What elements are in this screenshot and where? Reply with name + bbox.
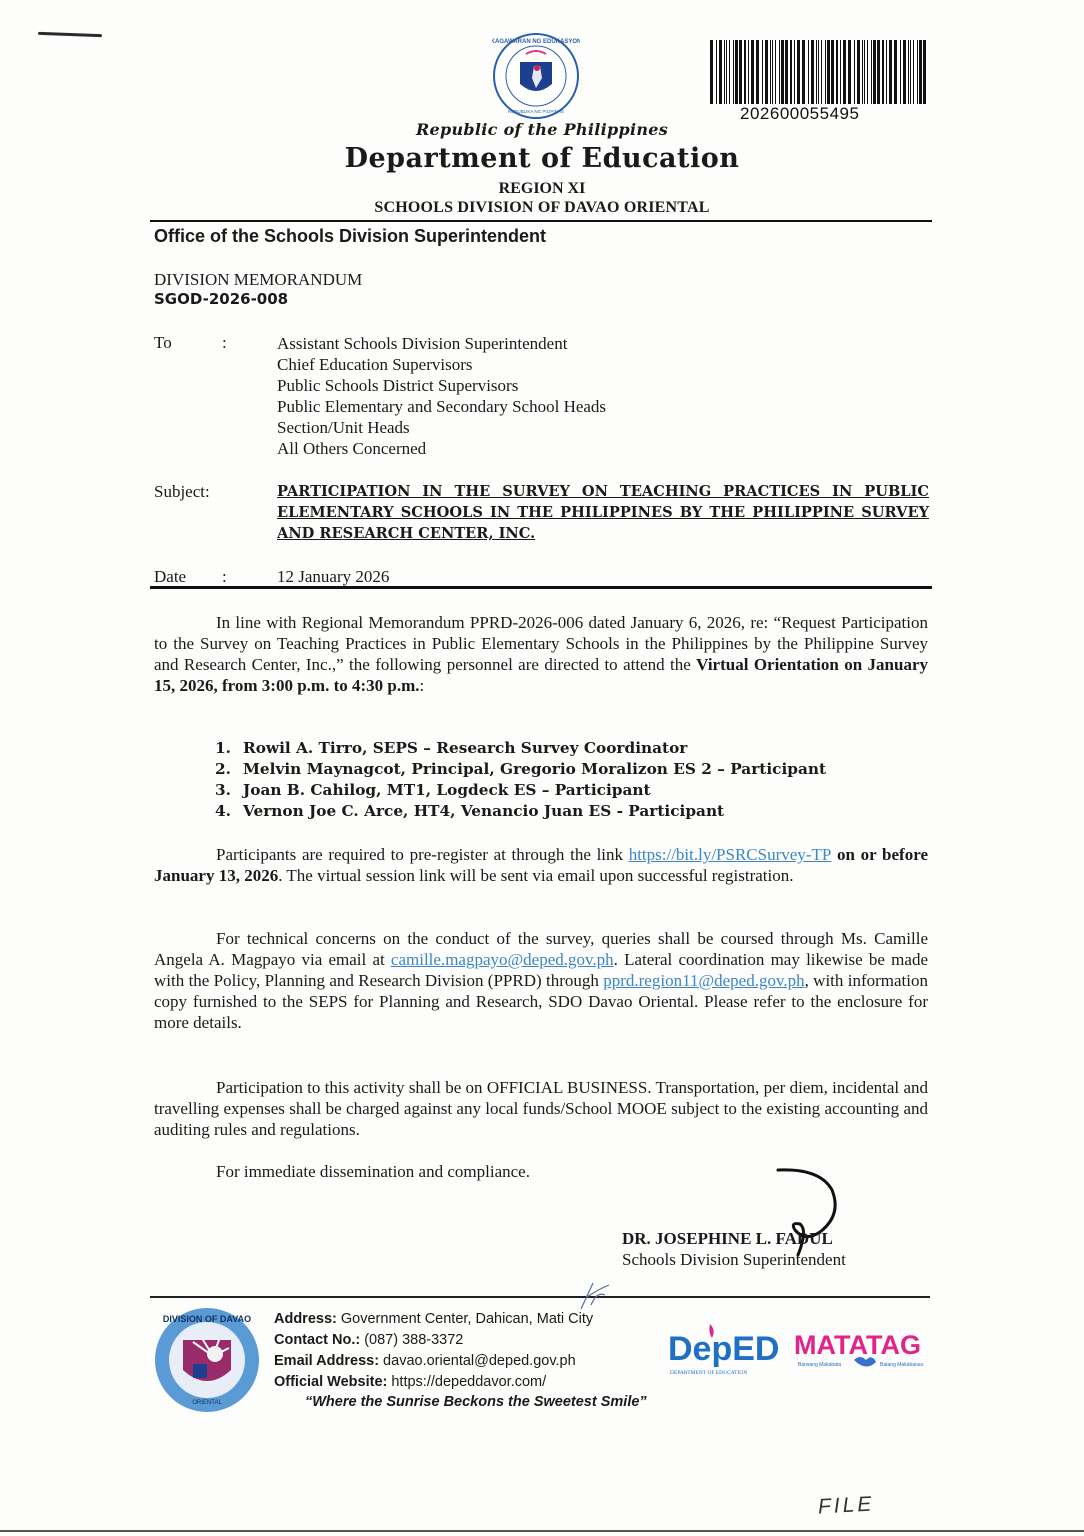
date-label: Date xyxy=(154,567,186,587)
signatory-name: DR. JOSEPHINE L. FADUL xyxy=(622,1229,833,1249)
memo-date: 12 January 2026 xyxy=(277,567,389,587)
svg-text:MATATAG: MATATAG xyxy=(794,1330,921,1360)
svg-text:DEPARTMENT OF EDUCATION: DEPARTMENT OF EDUCATION xyxy=(670,1370,747,1376)
to-label: To xyxy=(154,333,172,353)
republic-heading: Republic of the Philippines xyxy=(0,120,1084,139)
division-seal-icon: DIVISION OF DAVAO ORIENTAL xyxy=(153,1306,261,1414)
participant-text: Rowil A. Tirro, SEPS – Research Survey C… xyxy=(243,739,687,757)
participant-item: 2.Melvin Maynagcot, Principal, Gregorio … xyxy=(215,759,826,780)
division-heading: SCHOOLS DIVISION OF DAVAO ORIENTAL xyxy=(0,199,1084,217)
registration-text: Participants are required to pre-registe… xyxy=(216,845,629,864)
department-heading: Department of Education xyxy=(0,143,1084,174)
header-divider xyxy=(150,220,932,222)
official-business-text: Participation to this activity shall be … xyxy=(154,1078,928,1139)
file-handwritten-note: FILE xyxy=(817,1493,875,1520)
recipient-item: Public Schools District Supervisors xyxy=(277,375,606,396)
svg-text:Bansang Makabata: Bansang Makabata xyxy=(798,1362,841,1368)
svg-text:REPUBLIKA NG PILIPINAS: REPUBLIKA NG PILIPINAS xyxy=(508,109,564,114)
signatory-title: Schools Division Superintendent xyxy=(622,1250,846,1270)
recipient-item: Section/Unit Heads xyxy=(277,417,606,438)
date-divider xyxy=(150,586,932,589)
contact-value: (087) 388-3372 xyxy=(360,1332,463,1348)
subject-label: Subject: xyxy=(154,482,210,502)
footer-contact-info: Address: Government Center, Dahican, Mat… xyxy=(274,1309,593,1393)
paragraph-official-business: Participation to this activity shall be … xyxy=(154,1077,928,1140)
office-heading: Office of the Schools Division Superinte… xyxy=(154,226,546,247)
memo-number: SGOD-2026-008 xyxy=(154,290,288,308)
participant-item: 1.Rowil A. Tirro, SEPS – Research Survey… xyxy=(215,738,826,759)
participant-list: 1.Rowil A. Tirro, SEPS – Research Survey… xyxy=(215,738,826,822)
participant-text: Vernon Joe C. Arce, HT4, Venancio Juan E… xyxy=(243,802,724,820)
page-bottom-edge xyxy=(0,1530,1084,1532)
paragraph-intro: In line with Regional Memorandum PPRD-20… xyxy=(154,612,928,696)
participant-item: 3.Joan B. Cahilog, MT1, Logdeck ES – Par… xyxy=(215,780,826,801)
participant-item: 4.Vernon Joe C. Arce, HT4, Venancio Juan… xyxy=(215,801,826,822)
item-number: 3. xyxy=(215,780,243,801)
svg-text:ORIENTAL: ORIENTAL xyxy=(192,1400,222,1406)
participant-text: Melvin Maynagcot, Principal, Gregorio Mo… xyxy=(243,760,826,778)
recipient-list: Assistant Schools Division Superintenden… xyxy=(277,333,606,459)
deped-seal-icon: KAGAWARAN NG EDUKASYON REPUBLIKA NG PILI… xyxy=(492,32,580,120)
recipient-item: All Others Concerned xyxy=(277,438,606,459)
item-number: 2. xyxy=(215,759,243,780)
registration-link[interactable]: https://bit.ly/PSRCSurvey-TP xyxy=(629,845,832,864)
registration-end: . The virtual session link will be sent … xyxy=(278,866,793,885)
memo-type: DIVISION MEMORANDUM xyxy=(154,270,362,290)
to-colon: : xyxy=(222,333,227,353)
date-colon: : xyxy=(222,567,227,587)
contact-label: Contact No.: xyxy=(274,1332,360,1348)
paragraph-registration: Participants are required to pre-registe… xyxy=(154,844,928,886)
address-value: Government Center, Dahican, Mati City xyxy=(337,1311,593,1327)
website-value[interactable]: https://depeddavor.com/ xyxy=(387,1374,546,1390)
svg-text:Batang Makabansa: Batang Makabansa xyxy=(880,1362,923,1368)
recipient-item: Public Elementary and Secondary School H… xyxy=(277,396,606,417)
website-label: Official Website: xyxy=(274,1374,387,1390)
subject-text: PARTICIPATION IN THE SURVEY ON TEACHING … xyxy=(277,481,929,544)
contact-email-link[interactable]: camille.magpayo@deped.gov.ph xyxy=(391,950,614,969)
recipient-item: Assistant Schools Division Superintenden… xyxy=(277,333,606,354)
item-number: 1. xyxy=(215,738,243,759)
barcode-icon xyxy=(708,40,930,104)
email-label: Email Address: xyxy=(274,1353,379,1369)
closing-text: For immediate dissemination and complian… xyxy=(216,1162,530,1181)
staple-mark xyxy=(38,32,102,37)
svg-text:DepED: DepED xyxy=(668,1330,779,1368)
deped-matatag-logo-icon: DepED DEPARTMENT OF EDUCATION MATATAG Ba… xyxy=(668,1320,933,1380)
email-value[interactable]: davao.oriental@deped.gov.ph xyxy=(379,1353,576,1369)
paragraph-technical: For technical concerns on the conduct of… xyxy=(154,928,928,1033)
address-label: Address: xyxy=(274,1311,337,1327)
recipient-item: Chief Education Supervisors xyxy=(277,354,606,375)
intro-end: : xyxy=(420,676,425,695)
item-number: 4. xyxy=(215,801,243,822)
participant-text: Joan B. Cahilog, MT1, Logdeck ES – Parti… xyxy=(243,781,651,799)
footer-divider xyxy=(150,1296,930,1298)
region-heading: REGION XI xyxy=(0,180,1084,198)
division-motto: “Where the Sunrise Beckons the Sweetest … xyxy=(305,1394,647,1410)
pprd-email-link[interactable]: pprd.region11@deped.gov.ph xyxy=(603,971,804,990)
svg-text:DIVISION OF DAVAO: DIVISION OF DAVAO xyxy=(163,1314,251,1324)
svg-text:KAGAWARAN NG EDUKASYON: KAGAWARAN NG EDUKASYON xyxy=(492,39,580,45)
